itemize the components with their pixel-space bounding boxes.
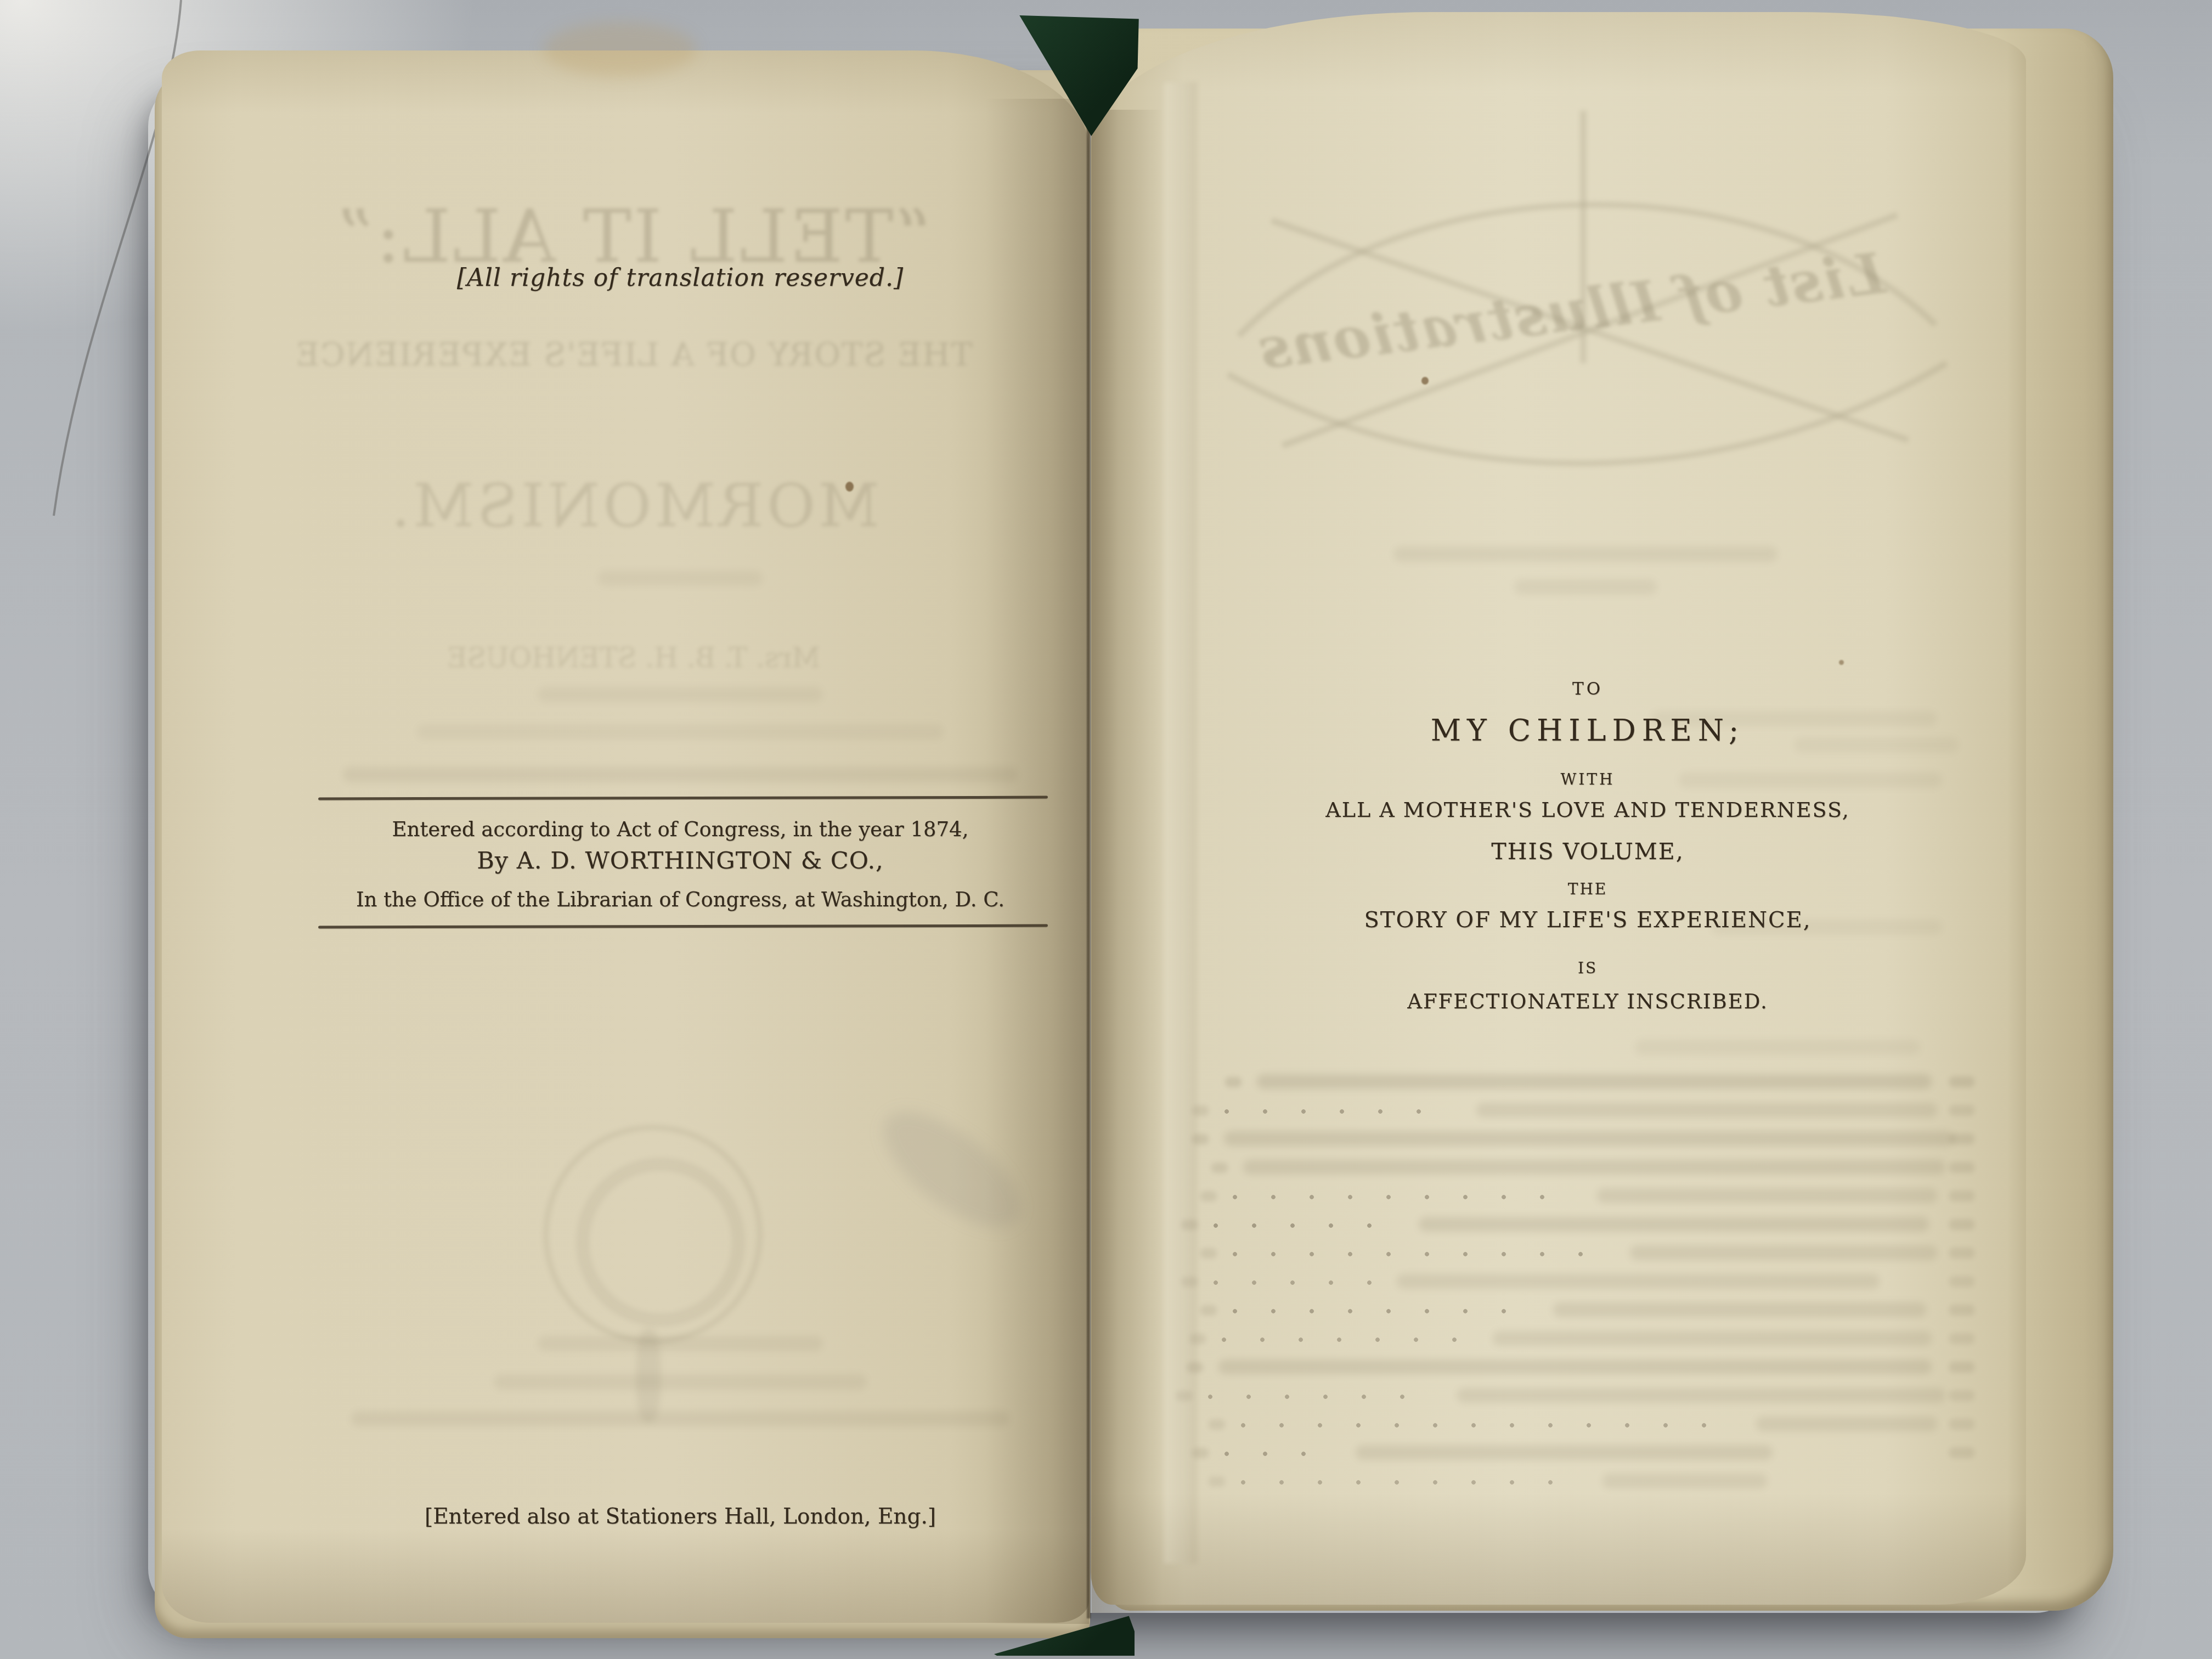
dedication-line-5: IS (1156, 959, 2019, 977)
ghost-page-number-smudge (1949, 1248, 1974, 1259)
ghost-caption-smudge (1419, 1217, 1929, 1232)
dedication-with: WITH (1156, 770, 2019, 788)
leader-dots (1207, 1394, 1432, 1399)
ghost-list-row (1191, 1073, 1992, 1091)
ghost-list-row (1191, 1272, 1992, 1291)
dedication-my-children: MY CHILDREN; (1156, 713, 2019, 748)
ghost-page-number-smudge (1949, 1305, 1974, 1316)
ghost-caption-smudge (1457, 1388, 1945, 1403)
ghost-smudge-line (1635, 1040, 1920, 1055)
leader-dots (1232, 1308, 1528, 1313)
ghost-page-number-smudge (1949, 1447, 1974, 1458)
dedication-line-4: STORY OF MY LIFE'S EXPERIENCE, (1156, 907, 2019, 933)
ghost-smudge-line (343, 767, 1018, 782)
foxing-spot (1839, 660, 1844, 665)
ghost-page-number-smudge (1949, 1276, 1974, 1287)
right-page-crease (1164, 82, 1197, 1564)
ghost-page-number-smudge (1949, 1133, 1974, 1144)
photo-open-antique-book: “TELL IT ALL:” THE STORY OF A LIFE'S EXP… (0, 0, 2212, 1659)
ghost-page-number-smudge (1949, 1162, 1974, 1173)
ghost-caption-smudge (1218, 1359, 1932, 1374)
ghost-caption-smudge (1602, 1474, 1767, 1488)
leader-dots (1240, 1423, 1734, 1427)
ghost-caption-smudge (1597, 1188, 1937, 1203)
ghost-list-row (1191, 1358, 1992, 1376)
ghost-list-row (1191, 1415, 1992, 1434)
showthrough-publisher-emblem-inner (576, 1158, 745, 1327)
ghost-page-number-smudge (1949, 1419, 1974, 1430)
horizontal-rule-bottom (318, 924, 1048, 929)
ghost-list-row (1191, 1472, 1992, 1491)
ghost-list-row (1191, 1329, 1992, 1348)
ghost-item-number-smudge (1209, 1419, 1225, 1430)
ghost-page-number-smudge (1949, 1333, 1974, 1344)
leader-dots (1221, 1337, 1468, 1342)
ghost-smudge-line (417, 724, 944, 740)
leader-dots (1232, 1251, 1605, 1256)
gutter-seam (1087, 126, 1091, 1618)
copyright-line-1: Entered according to Act of Congress, in… (273, 817, 1088, 841)
ghost-page-number-smudge (1949, 1362, 1974, 1373)
horizontal-rule-top (318, 796, 1048, 800)
leader-dots (1213, 1280, 1372, 1285)
ghost-list-row (1191, 1301, 1992, 1319)
ghost-list-row (1191, 1187, 1992, 1205)
ghost-caption-smudge (1630, 1245, 1937, 1260)
dedication-to: TO (1156, 679, 2019, 699)
ghost-list-row (1191, 1215, 1992, 1234)
ghost-list-row (1191, 1443, 1992, 1462)
showthrough-mormonism: MORMONISM. (184, 472, 1084, 540)
ghost-caption-smudge (1257, 1074, 1932, 1089)
leader-dots (1240, 1480, 1581, 1485)
ghost-item-number-smudge (1211, 1163, 1228, 1173)
leader-dots (1213, 1223, 1394, 1228)
ghost-caption-smudge (1224, 1131, 1954, 1146)
dedication-line-3: THE (1156, 880, 2019, 898)
copyright-line-2: By A. D. WORTHINGTON & CO., (273, 847, 1088, 874)
ghost-page-number-smudge (1949, 1190, 1974, 1201)
leader-dots (1232, 1194, 1572, 1199)
left-page: “TELL IT ALL:” THE STORY OF A LIFE'S EXP… (162, 50, 1089, 1623)
ghost-page-number-smudge (1949, 1390, 1974, 1401)
ghost-list-row (1191, 1386, 1992, 1405)
stationers-hall-notice: [Entered also at Stationers Hall, London… (273, 1504, 1088, 1529)
dedication-line-1: ALL A MOTHER'S LOVE AND TENDERNESS, (1156, 798, 2019, 822)
ghost-list-row (1191, 1130, 1992, 1148)
foxing-spot (845, 482, 854, 492)
ghost-list-row (1191, 1158, 1992, 1177)
ghost-caption-smudge (1243, 1160, 1945, 1175)
ghost-list-row (1191, 1101, 1992, 1120)
copyright-line-3: In the Office of the Librarian of Congre… (273, 888, 1088, 911)
dedication-line-6: AFFECTIONATELY INSCRIBED. (1156, 990, 2019, 1013)
showthrough-author-name: Mrs. T. B. H. STENHOUSE (184, 642, 1084, 674)
ghost-item-number-smudge (1209, 1476, 1225, 1487)
ghost-smudge-line (1393, 546, 1778, 562)
ghost-smudge-line (538, 687, 823, 702)
ghost-page-number-smudge (1949, 1076, 1974, 1087)
leader-dots (1224, 1109, 1454, 1114)
ghost-caption-smudge (1356, 1445, 1773, 1460)
right-page: List of Illustrations TO MY CHILDREN; WI… (1091, 12, 2026, 1605)
foxing-spot (1421, 377, 1429, 385)
ghost-smudge-line (351, 1411, 1009, 1426)
gutter-shadow-right (1092, 110, 1163, 1613)
dedication-line-2: THIS VOLUME, (1156, 838, 2019, 865)
ghost-caption-smudge (1397, 1274, 1880, 1289)
gutter-shadow-left (985, 99, 1089, 1624)
ghost-smudge-line (1514, 579, 1657, 595)
ghost-item-number-smudge (1200, 1305, 1217, 1316)
ghost-page-number-smudge (1949, 1105, 1974, 1116)
translation-rights-notice: [All rights of translation reserved.] (273, 264, 1088, 292)
leader-dots (1224, 1451, 1334, 1456)
ghost-item-number-smudge (1225, 1077, 1242, 1087)
ghost-smudge-line (538, 1336, 823, 1351)
ghost-item-number-smudge (1200, 1191, 1217, 1201)
ghost-caption-smudge (1756, 1417, 1937, 1431)
ghost-smudge-line (494, 1374, 867, 1390)
showthrough-book-subtitle: THE STORY OF A LIFE'S EXPERIENCE (184, 336, 1084, 373)
ghost-caption-smudge (1553, 1302, 1926, 1317)
ghost-list-row (1191, 1244, 1992, 1262)
ghost-item-number-smudge (1200, 1248, 1217, 1259)
ghost-smudge-line (598, 571, 763, 586)
ghost-caption-smudge (1493, 1331, 1932, 1346)
ghost-caption-smudge (1476, 1103, 1937, 1118)
ghost-page-number-smudge (1949, 1219, 1974, 1230)
page-stain (543, 22, 697, 77)
